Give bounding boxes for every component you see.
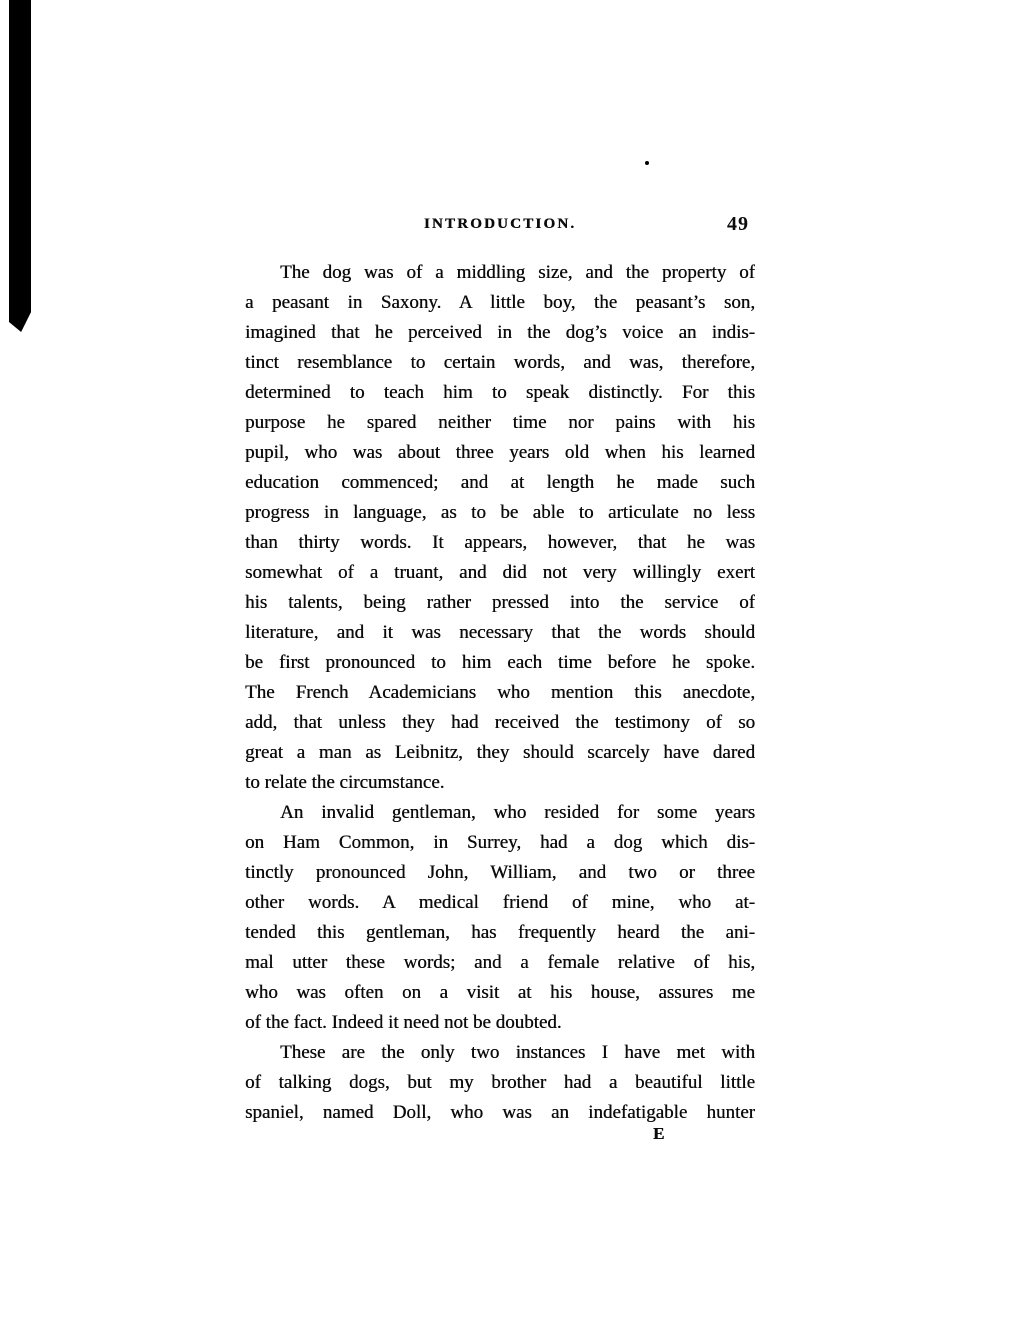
ink-speck [645, 161, 649, 165]
text-line: be first pronounced to him each time bef… [245, 648, 755, 678]
running-header: INTRODUCTION. 49 [245, 210, 755, 238]
text-line: add, that unless they had received the t… [245, 708, 755, 738]
text-line: imagined that he perceived in the dog’s … [245, 318, 755, 348]
text-line: a peasant in Saxony. A little boy, the p… [245, 288, 755, 318]
paragraph: The dog was of a middling size, and the … [245, 258, 755, 798]
text-line: great a man as Leibnitz, they should sca… [245, 738, 755, 768]
text-line: The dog was of a middling size, and the … [245, 258, 755, 288]
signature-mark: E [653, 1122, 664, 1146]
page-number: 49 [727, 210, 749, 238]
text-line: These are the only two instances I have … [245, 1038, 755, 1068]
text-line: to relate the circumstance. [245, 768, 755, 798]
text-line: progress in language, as to be able to a… [245, 498, 755, 528]
text-line: his talents, being rather pressed into t… [245, 588, 755, 618]
text-line: spaniel, named Doll, who was an indefati… [245, 1098, 755, 1128]
text-line: of talking dogs, but my brother had a be… [245, 1068, 755, 1098]
text-line: tended this gentleman, has frequently he… [245, 918, 755, 948]
text-line: somewhat of a truant, and did not very w… [245, 558, 755, 588]
text-line: who was often on a visit at his house, a… [245, 978, 755, 1008]
text-line: literature, and it was necessary that th… [245, 618, 755, 648]
text-line: The French Academicians who mention this… [245, 678, 755, 708]
text-line: pupil, who was about three years old whe… [245, 438, 755, 468]
text-line: An invalid gentleman, who resided for so… [245, 798, 755, 828]
text-line: on Ham Common, in Surrey, had a dog whic… [245, 828, 755, 858]
text-line: tinct resemblance to certain words, and … [245, 348, 755, 378]
text-line: mal utter these words; and a female rela… [245, 948, 755, 978]
text-line: of the fact. Indeed it need not be doubt… [245, 1008, 755, 1038]
book-page: INTRODUCTION. 49 The dog was of a middli… [0, 0, 1033, 1339]
text-line: than thirty words. It appears, however, … [245, 528, 755, 558]
page-header-title: INTRODUCTION. [245, 210, 755, 238]
text-line: purpose he spared neither time nor pains… [245, 408, 755, 438]
text-line: tinctly pronounced John, William, and tw… [245, 858, 755, 888]
text-line: other words. A medical friend of mine, w… [245, 888, 755, 918]
body-text: The dog was of a middling size, and the … [245, 258, 755, 1128]
text-line: determined to teach him to speak distinc… [245, 378, 755, 408]
paragraph: An invalid gentleman, who resided for so… [245, 798, 755, 1038]
scan-artifact-strip [9, 0, 31, 332]
paragraph: These are the only two instances I have … [245, 1038, 755, 1128]
text-line: education commenced; and at length he ma… [245, 468, 755, 498]
